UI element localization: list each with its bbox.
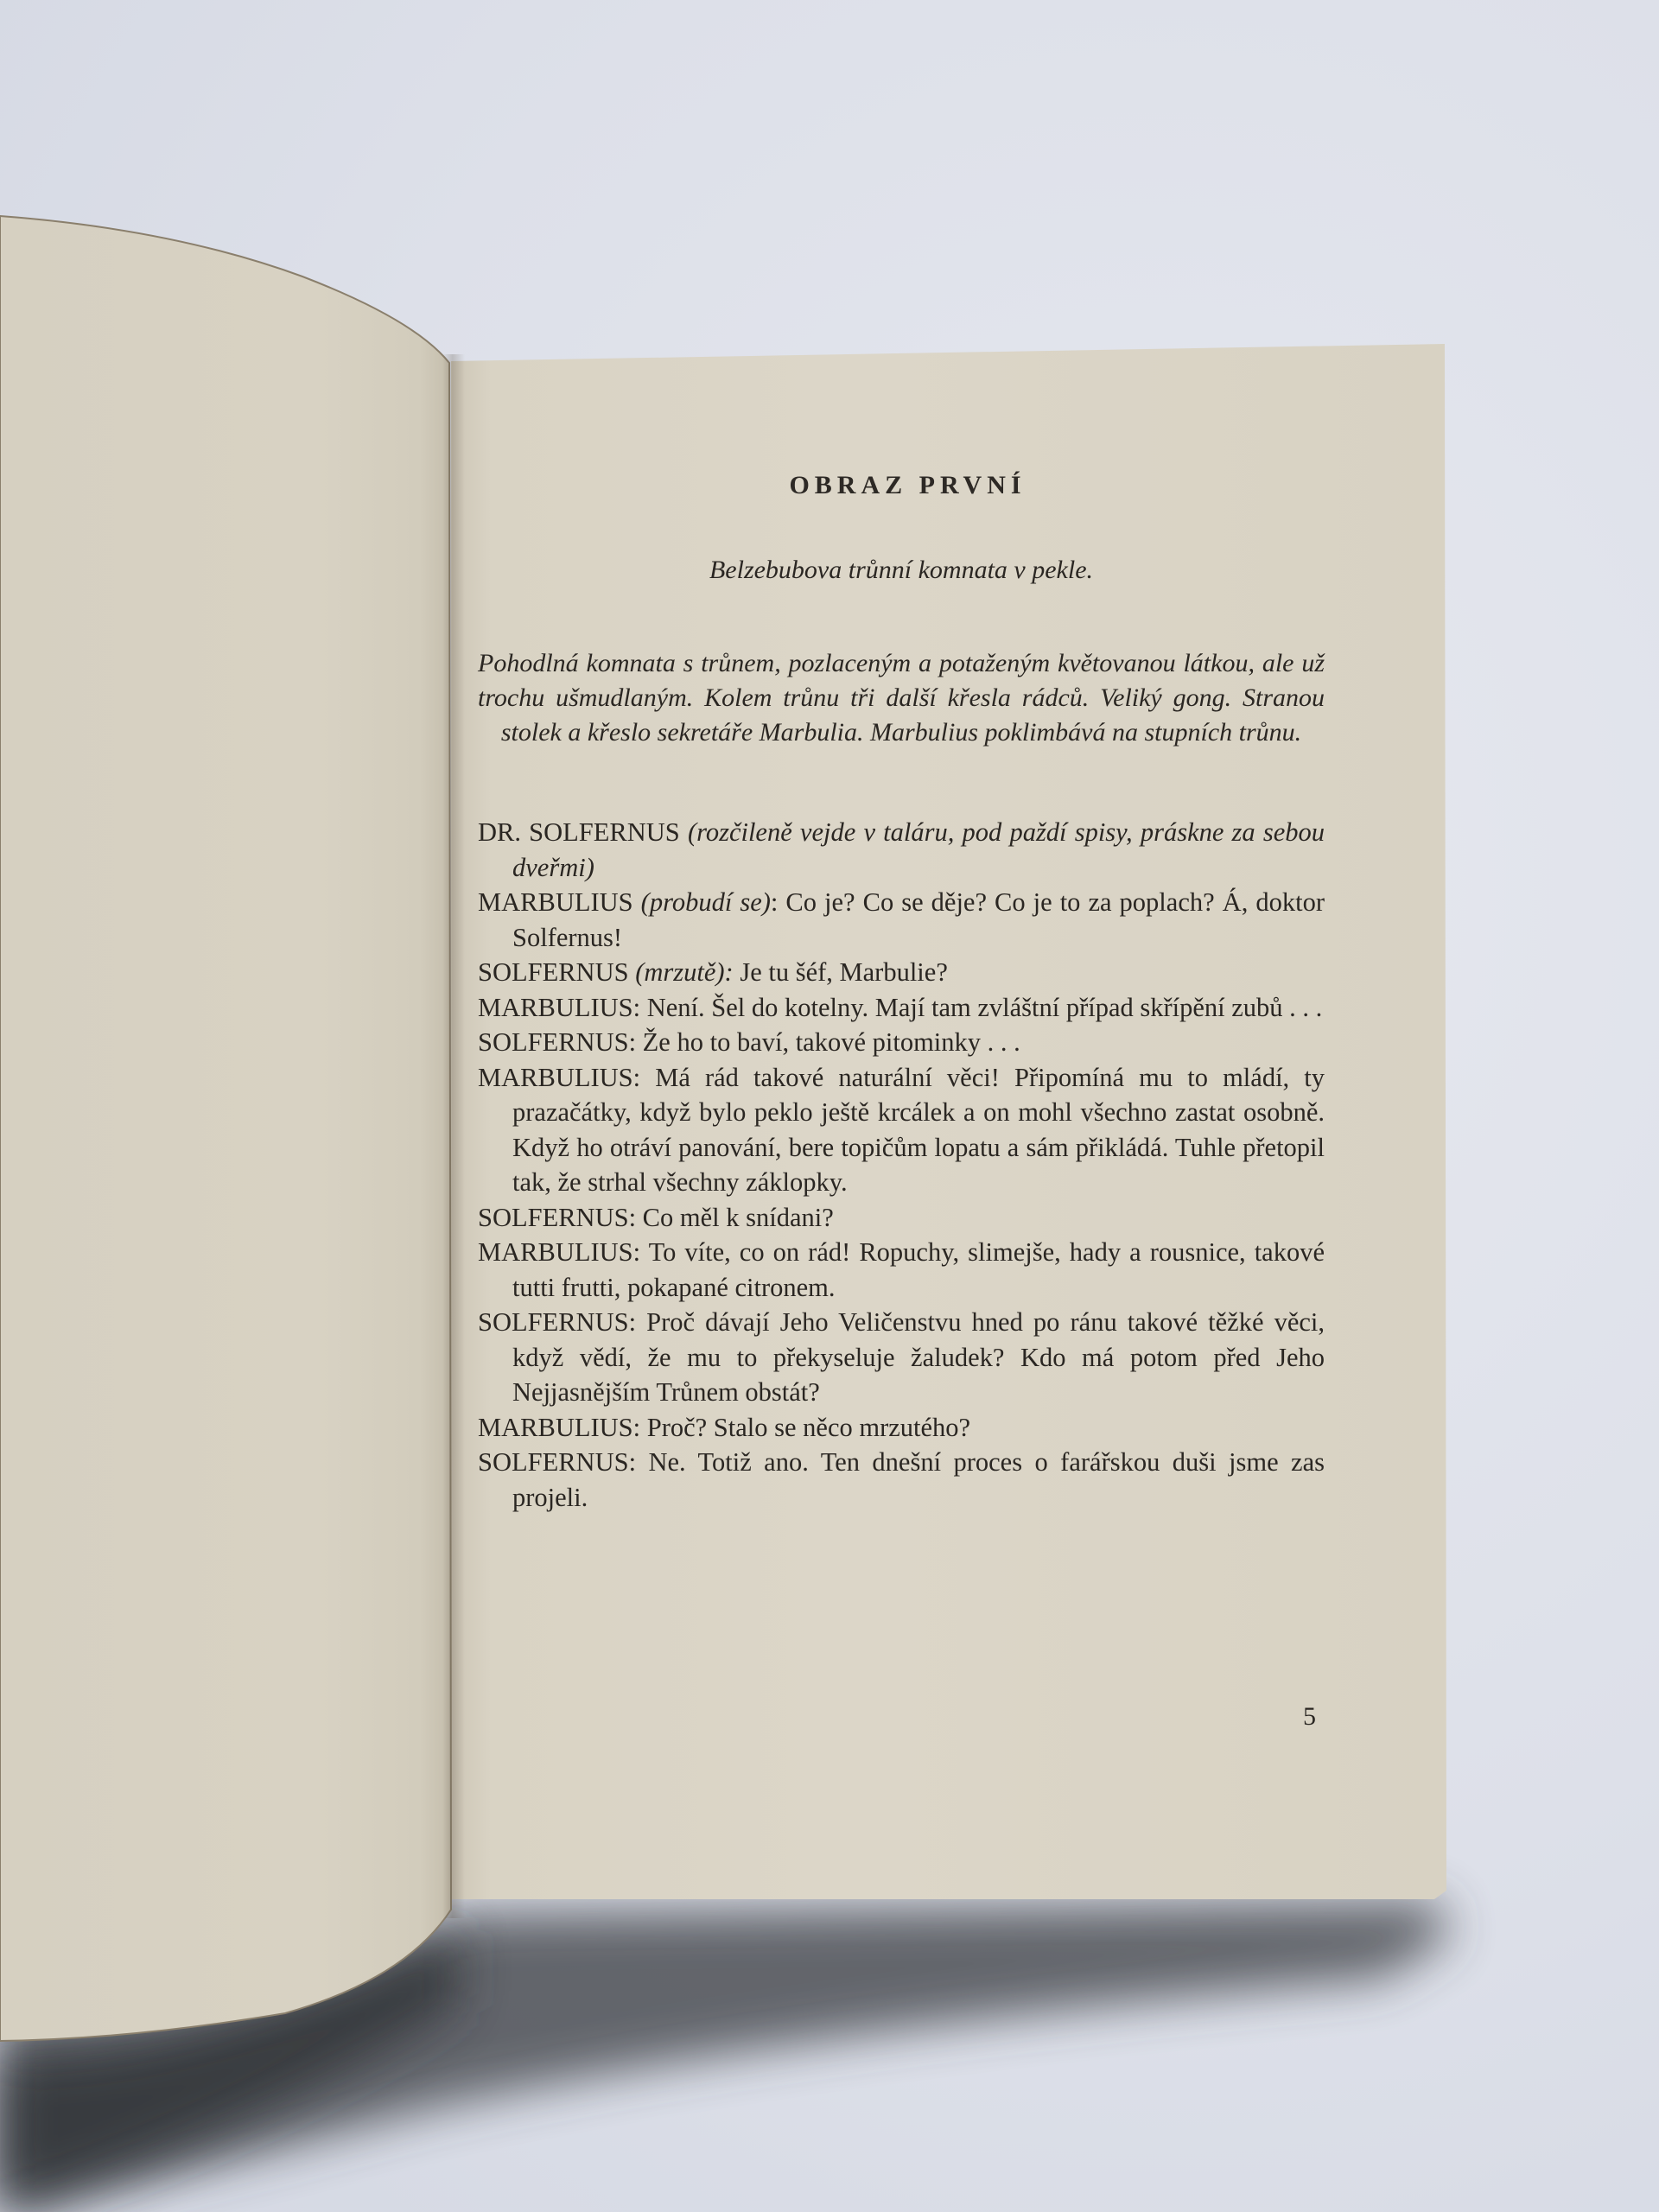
speech: Je tu šéf, Marbulie? — [734, 957, 948, 987]
dialogue-line: SOLFERNUS: Ne. Totiž ano. Ten dnešní pro… — [478, 1445, 1325, 1515]
dialogue-line: MARBULIUS: Proč? Stalo se něco mrzutého? — [478, 1410, 1325, 1446]
dialogue-line: MARBULIUS (probudí se): Co je? Co se děj… — [478, 885, 1325, 955]
speech: Proč? Stalo se něco mrzutého? — [640, 1413, 970, 1442]
speaker: SOLFERNUS — [478, 957, 629, 987]
speaker: MARBULIUS: — [478, 1063, 640, 1092]
speech: Že ho to baví, takové pitominky . . . — [636, 1027, 1020, 1057]
dialogue-line: DR. SOLFERNUS (rozčileně vejde v taláru,… — [478, 815, 1325, 885]
page-text-column: OBRAZ PRVNÍ Belzebubova trůnní komnata v… — [478, 471, 1325, 1515]
speaker: MARBULIUS: — [478, 993, 640, 1022]
scene-title: Belzebubova trůnní komnata v pekle. — [478, 556, 1325, 590]
speech: Co měl k snídani? — [636, 1203, 834, 1232]
stage-direction: Pohodlná komnata s trůnem, pozlaceným a … — [478, 646, 1325, 750]
speaker: DR. SOLFERNUS — [478, 817, 680, 847]
speaker: SOLFERNUS: — [478, 1447, 636, 1477]
chapter-heading: OBRAZ PRVNÍ — [491, 471, 1325, 523]
dialogue-line: MARBULIUS: To víte, co on rád! Ropuchy, … — [478, 1235, 1325, 1305]
speaker: MARBULIUS — [478, 887, 633, 917]
photo-scene: OBRAZ PRVNÍ Belzebubova trůnní komnata v… — [0, 0, 1659, 2212]
dialogue-line: SOLFERNUS: Co měl k snídani? — [478, 1200, 1325, 1236]
dialogue-line: MARBULIUS: Není. Šel do kotelny. Mají ta… — [478, 990, 1325, 1026]
dialogue: DR. SOLFERNUS (rozčileně vejde v taláru,… — [478, 815, 1325, 1515]
direction: (mrzutě): — [635, 957, 734, 987]
speaker: SOLFERNUS: — [478, 1307, 636, 1337]
speech: : Co je? Co se děje? Co je to za poplach… — [512, 887, 1325, 952]
speaker: SOLFERNUS: — [478, 1027, 636, 1057]
dialogue-line: MARBULIUS: Má rád takové naturální věci!… — [478, 1060, 1325, 1200]
speaker: SOLFERNUS: — [478, 1203, 636, 1232]
page-number: 5 — [1303, 1702, 1316, 1732]
dialogue-line: SOLFERNUS: Že ho to baví, takové pitomin… — [478, 1025, 1325, 1060]
speech: Není. Šel do kotelny. Mají tam zvláštní … — [640, 993, 1322, 1022]
speaker: MARBULIUS: — [478, 1237, 640, 1267]
book-gutter — [442, 354, 465, 1918]
dialogue-line: SOLFERNUS: Proč dávají Jeho Veličenstvu … — [478, 1305, 1325, 1410]
dialogue-line: SOLFERNUS (mrzutě): Je tu šéf, Marbulie? — [478, 955, 1325, 990]
direction: (probudí se) — [641, 887, 771, 917]
speaker: MARBULIUS: — [478, 1413, 640, 1442]
